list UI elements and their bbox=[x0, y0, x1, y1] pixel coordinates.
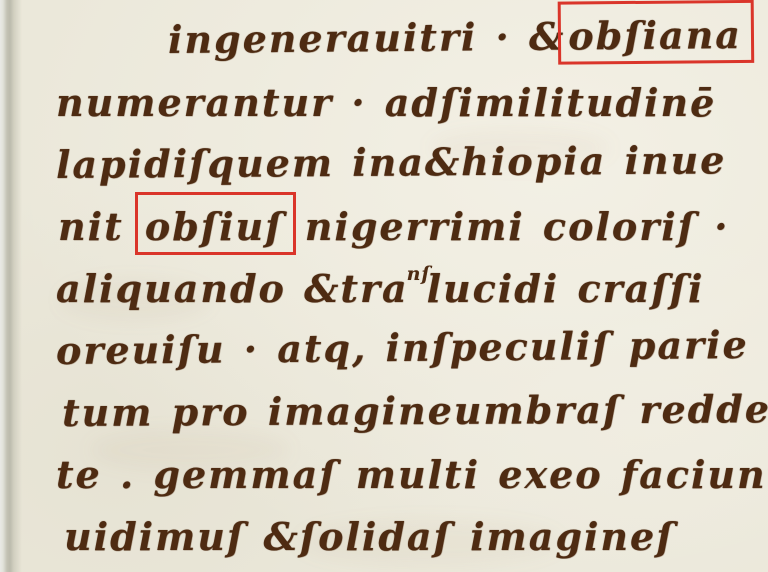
text-line-5: aliquando &tranſlucidi craſſi bbox=[56, 258, 752, 320]
text-line-4: nit obſiuſ nigerrimi coloriſ · bbox=[56, 196, 752, 258]
text-run: numerantur · adſimilitudinē bbox=[56, 80, 716, 125]
text-run: nigerrimi coloriſ · bbox=[287, 204, 730, 249]
text-run: aliquando &tra bbox=[56, 266, 409, 311]
manuscript-page: ingenerauitri · &obſiananumerantur · adſ… bbox=[0, 0, 768, 572]
text-line-3: lapidiſquem ina&hiopia inue bbox=[56, 129, 752, 196]
text-run: ingenerauitri · & bbox=[168, 14, 566, 62]
text-run: nit bbox=[58, 204, 142, 249]
text-line-8: te . gemmaſ multi exeo faciunt . bbox=[56, 444, 752, 506]
text-line-2: numerantur · adſimilitudinē bbox=[56, 72, 752, 134]
text-run: lucidi craſſi bbox=[427, 266, 705, 311]
text-run: lapidiſquem ina&hiopia inue bbox=[56, 137, 727, 187]
text-line-9: uidimuſ &ſolidaſ imagineſ bbox=[56, 506, 752, 568]
interlinear-insertion: nſ bbox=[407, 243, 431, 305]
manuscript-text-block: ingenerauitri · &obſiananumerantur · adſ… bbox=[56, 10, 752, 568]
text-run: te . gemmaſ multi exeo faciunt . bbox=[56, 452, 768, 497]
text-run: tum pro imagineumbraſ redden bbox=[62, 386, 768, 435]
text-run: uidimuſ &ſolidaſ imagineſ bbox=[64, 514, 675, 559]
text-run: oreuiſu · atq, inſpeculiſ parie bbox=[56, 322, 749, 373]
page-edge-shadow bbox=[0, 0, 22, 572]
highlighted-word-obsius: obſiuſ bbox=[135, 192, 296, 255]
highlighted-word-obsiana: obſiana bbox=[558, 0, 754, 65]
text-line-7: tum pro imagineumbraſ redden bbox=[56, 378, 752, 444]
text-line-6: oreuiſu · atq, inſpeculiſ parie bbox=[56, 314, 753, 382]
text-line-1: ingenerauitri · &obſiana bbox=[56, 4, 753, 72]
